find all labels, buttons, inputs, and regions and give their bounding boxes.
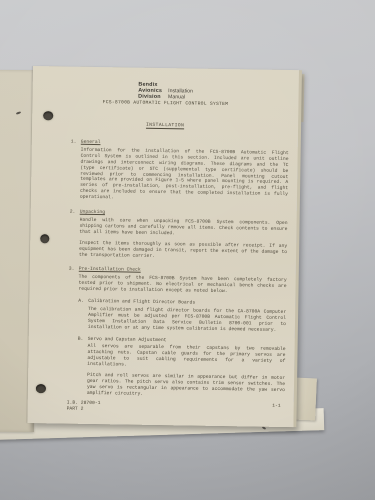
section-title: Pre-Installation Check <box>79 267 141 274</box>
paragraph: The components of the FCS-8700B System h… <box>78 275 286 296</box>
section-number: 2. <box>70 210 80 216</box>
section-number: 1. <box>71 140 81 146</box>
punch-hole-middle <box>40 234 49 243</box>
section-unpacking: 2. Unpacking Handle with care when unpac… <box>69 210 288 262</box>
paragraph: Information for the installation of the … <box>80 148 289 204</box>
paragraph: Handle with care when unpacking FCS-8700… <box>79 218 287 239</box>
section-number: 3. <box>69 267 79 273</box>
paragraph: Inspect the items thoroughly as soon as … <box>79 240 287 261</box>
page-body: 1. General Information for the installat… <box>67 140 289 409</box>
section-title: Unpacking <box>80 210 105 216</box>
paragraph: All servos are separable from their caps… <box>87 344 285 371</box>
manual-line: Manual <box>168 94 193 100</box>
manual-type-label: Installation Manual <box>168 82 193 100</box>
subsection-calibration-boards: A. Calibration and Flight Director Board… <box>78 299 286 334</box>
footer-part-label: PART 2 <box>67 406 101 412</box>
photo-background: Bendix Avionics Division Installation Ma… <box>0 0 375 500</box>
subsection-body: The calibration and flight director boar… <box>78 307 286 334</box>
brand-line: Division <box>138 94 162 100</box>
section-body: Information for the installation of the … <box>70 148 289 205</box>
section-body: Handle with care when unpacking FCS-8700… <box>69 218 288 262</box>
subsection-title: Servo and Capstan Adjustment <box>88 336 167 343</box>
document-page: Bendix Avionics Division Installation Ma… <box>27 66 299 427</box>
section-pre-installation-check: 3. Pre-Installation Check The components… <box>67 267 287 400</box>
subsection-servo-capstan: B. Servo and Capstan Adjustment All serv… <box>77 336 286 399</box>
footer-document-id: I.B. 28700-1 PART 2 <box>67 401 101 413</box>
section-general: 1. General Information for the installat… <box>70 140 289 204</box>
page-number: 1-1 <box>272 404 281 409</box>
subsection-letter: B. <box>78 336 88 342</box>
subsection-letter: A. <box>78 299 88 305</box>
paragraph: Pitch and roll servos are similar in app… <box>87 373 285 400</box>
brand-name: Bendix Avionics Division <box>138 82 162 100</box>
paragraph: The calibration and flight director boar… <box>88 307 286 334</box>
punch-hole-top <box>43 111 53 120</box>
subsection-body: All servos are separable from their caps… <box>77 344 286 400</box>
section-body: The components of the FCS-8700B System h… <box>67 275 287 400</box>
page-heading: INSTALLATION <box>32 121 298 130</box>
under-sheet-bottom-right-sliver <box>293 378 317 421</box>
punch-hole-bottom <box>36 384 46 393</box>
section-title: General <box>81 140 101 146</box>
subsection-title: Calibration and Flight Director Boards <box>88 299 195 307</box>
